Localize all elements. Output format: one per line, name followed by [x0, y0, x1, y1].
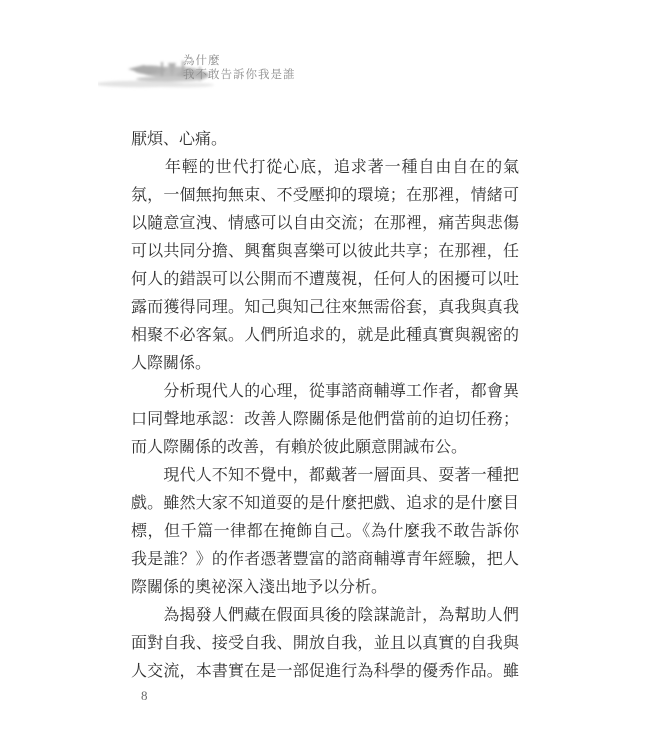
book-title: 為什麼 我不敢告訴你我是誰	[183, 55, 296, 82]
text-line: 口同聲地承認：改善人際關係是他們當前的迫切任務；	[131, 406, 519, 434]
text-line: 戲。雖然大家不知道耍的是什麼把戲、追求的是什麼目	[131, 490, 519, 518]
text-line: 面對自我、接受自我、開放自我，並且以真實的自我與	[131, 630, 519, 658]
text-line: 際關係的奧祕深入淺出地予以分析。	[131, 574, 519, 602]
text-line: 年輕的世代打從心底，追求著一種自由自在的氣	[131, 154, 519, 182]
page-number: 8	[141, 688, 148, 704]
body-text: 厭煩、心痛。 年輕的世代打從心底，追求著一種自由自在的氣氛，一個無拘無束、不受壓…	[131, 126, 519, 686]
text-line: 而人際關係的改善，有賴於彼此願意開誠布公。	[131, 434, 519, 462]
text-line: 現代人不知不覺中，都戴著一層面具、耍著一種把	[131, 462, 519, 490]
text-line: 可以共同分擔、興奮與喜樂可以彼此共享；在那裡，任	[131, 238, 519, 266]
book-title-line1: 為什麼	[183, 55, 296, 69]
text-line: 露而獲得同理。知己與知己往來無需俗套，真我與真我	[131, 294, 519, 322]
text-line: 標，但千篇一律都在掩飾自己。《為什麼我不敢告訴你	[131, 518, 519, 546]
text-line: 何人的錯誤可以公開而不遭蔑視，任何人的困擾可以吐	[131, 266, 519, 294]
text-line: 相聚不必客氣。人們所追求的，就是此種真實與親密的	[131, 322, 519, 350]
text-line: 厭煩、心痛。	[131, 126, 519, 154]
text-line: 氛，一個無拘無束、不受壓抑的環境；在那裡，情緒可	[131, 182, 519, 210]
text-line: 為揭發人們藏在假面具後的陰謀詭計，為幫助人們	[131, 602, 519, 630]
text-line: 我是誰？》的作者憑著豐富的諮商輔導青年經驗，把人	[131, 546, 519, 574]
text-line: 分析現代人的心理，從事諮商輔導工作者，都會異	[131, 378, 519, 406]
text-line: 以隨意宣洩、情感可以自由交流；在那裡，痛苦與悲傷	[131, 210, 519, 238]
book-title-line2: 我不敢告訴你我是誰	[183, 69, 296, 83]
text-line: 人際關係。	[131, 350, 519, 378]
text-line: 人交流，本書實在是一部促進行為科學的優秀作品。雖	[131, 658, 519, 686]
book-page: 為什麼 我不敢告訴你我是誰 厭煩、心痛。 年輕的世代打從心底，追求著一種自由自在…	[0, 0, 650, 750]
